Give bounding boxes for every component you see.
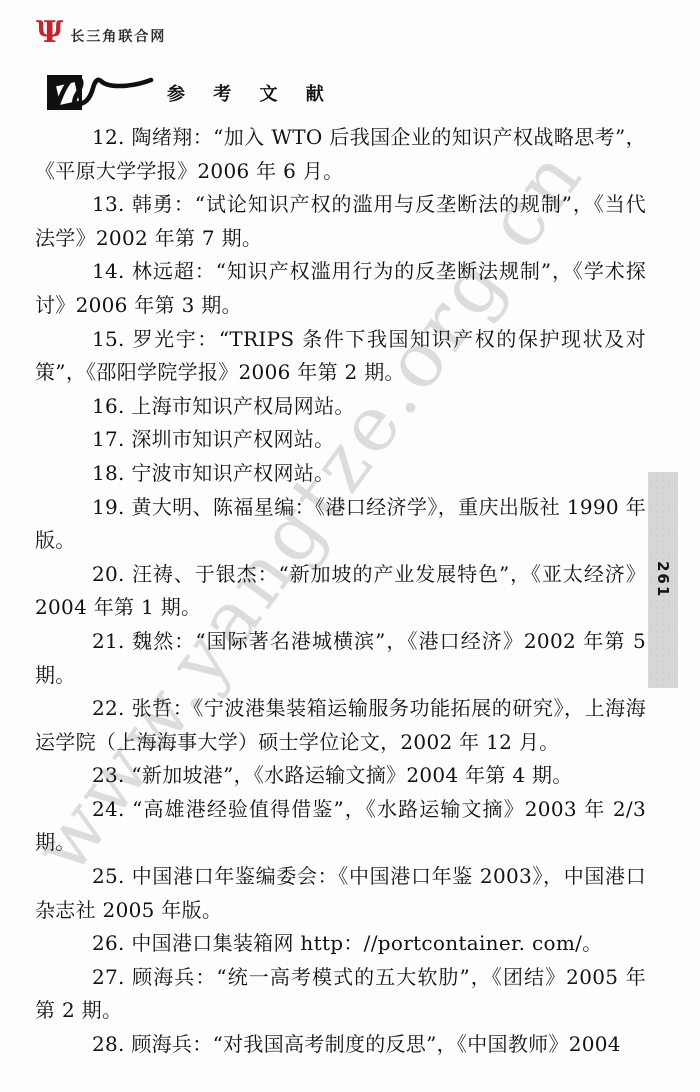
reference-item: 20. 汪祷、于银杰：“新加坡的产业发展特色”，《亚太经济》2004 年第 1 … [35, 558, 646, 625]
reference-item: 28. 顾海兵：“对我国高考制度的反思”，《中国教师》2004 [35, 1028, 646, 1062]
page-number-tab: 261 [648, 472, 678, 688]
reference-item: 17. 深圳市知识产权网站。 [35, 423, 646, 457]
reference-item: 19. 黄大明、陈福星编：《港口经济学》，重庆出版社 1990 年版。 [35, 491, 646, 558]
reference-item: 27. 顾海兵：“统一高考模式的五大软肋”，《团结》2005 年第 2 期。 [35, 961, 646, 1028]
section-header: 参 考 文 献 [45, 68, 335, 114]
reference-item: 24. “高雄港经验值得借鉴”，《水路运输文摘》2003 年 2/3 期。 [35, 793, 646, 860]
reference-item: 13. 韩勇：“试论知识产权的滥用与反垄断法的规制”，《当代法学》2002 年第… [35, 188, 646, 255]
reference-item: 22. 张哲：《宁波港集装箱运输服务功能拓展的研究》，上海海运学院（上海海事大学… [35, 692, 646, 759]
yangtze-psi-logo-icon: Ψ [36, 18, 63, 48]
site-name: 长三角联合网 [70, 26, 166, 46]
reference-item: 15. 罗光宇：“TRIPS 条件下我国知识产权的保护现状及对策”，《邵阳学院学… [35, 323, 646, 390]
reference-item: 21. 魏然：“国际著名港城横滨”，《港口经济》2002 年第 5 期。 [35, 625, 646, 692]
site-logo: Ψ 长三角联合网 [36, 18, 166, 48]
page-title: 参 考 文 献 [167, 80, 335, 106]
calligraphy-square-icon [45, 68, 157, 114]
scanned-page: www.yangtze.org.cn Ψ 长三角联合网 参 考 文 献 12. … [0, 0, 700, 1092]
reference-list: 12. 陶绪翔：“加入 WTO 后我国企业的知识产权战略思考”，《平原大学学报》… [35, 121, 646, 1062]
reference-item: 18. 宁波市知识产权网站。 [35, 457, 646, 491]
reference-item: 16. 上海市知识产权局网站。 [35, 390, 646, 424]
reference-item: 26. 中国港口集装箱网 http：//portcontainer. com/。 [35, 927, 646, 961]
reference-item: 23. “新加坡港”，《水路运输文摘》2004 年第 4 期。 [35, 759, 646, 793]
page-number: 261 [654, 561, 672, 598]
reference-item: 25. 中国港口年鉴编委会：《中国港口年鉴 2003》，中国港口杂志社 2005… [35, 860, 646, 927]
reference-item: 14. 林远超：“知识产权滥用行为的反垄断法规制”，《学术探讨》2006 年第 … [35, 255, 646, 322]
reference-item: 12. 陶绪翔：“加入 WTO 后我国企业的知识产权战略思考”，《平原大学学报》… [35, 121, 646, 188]
